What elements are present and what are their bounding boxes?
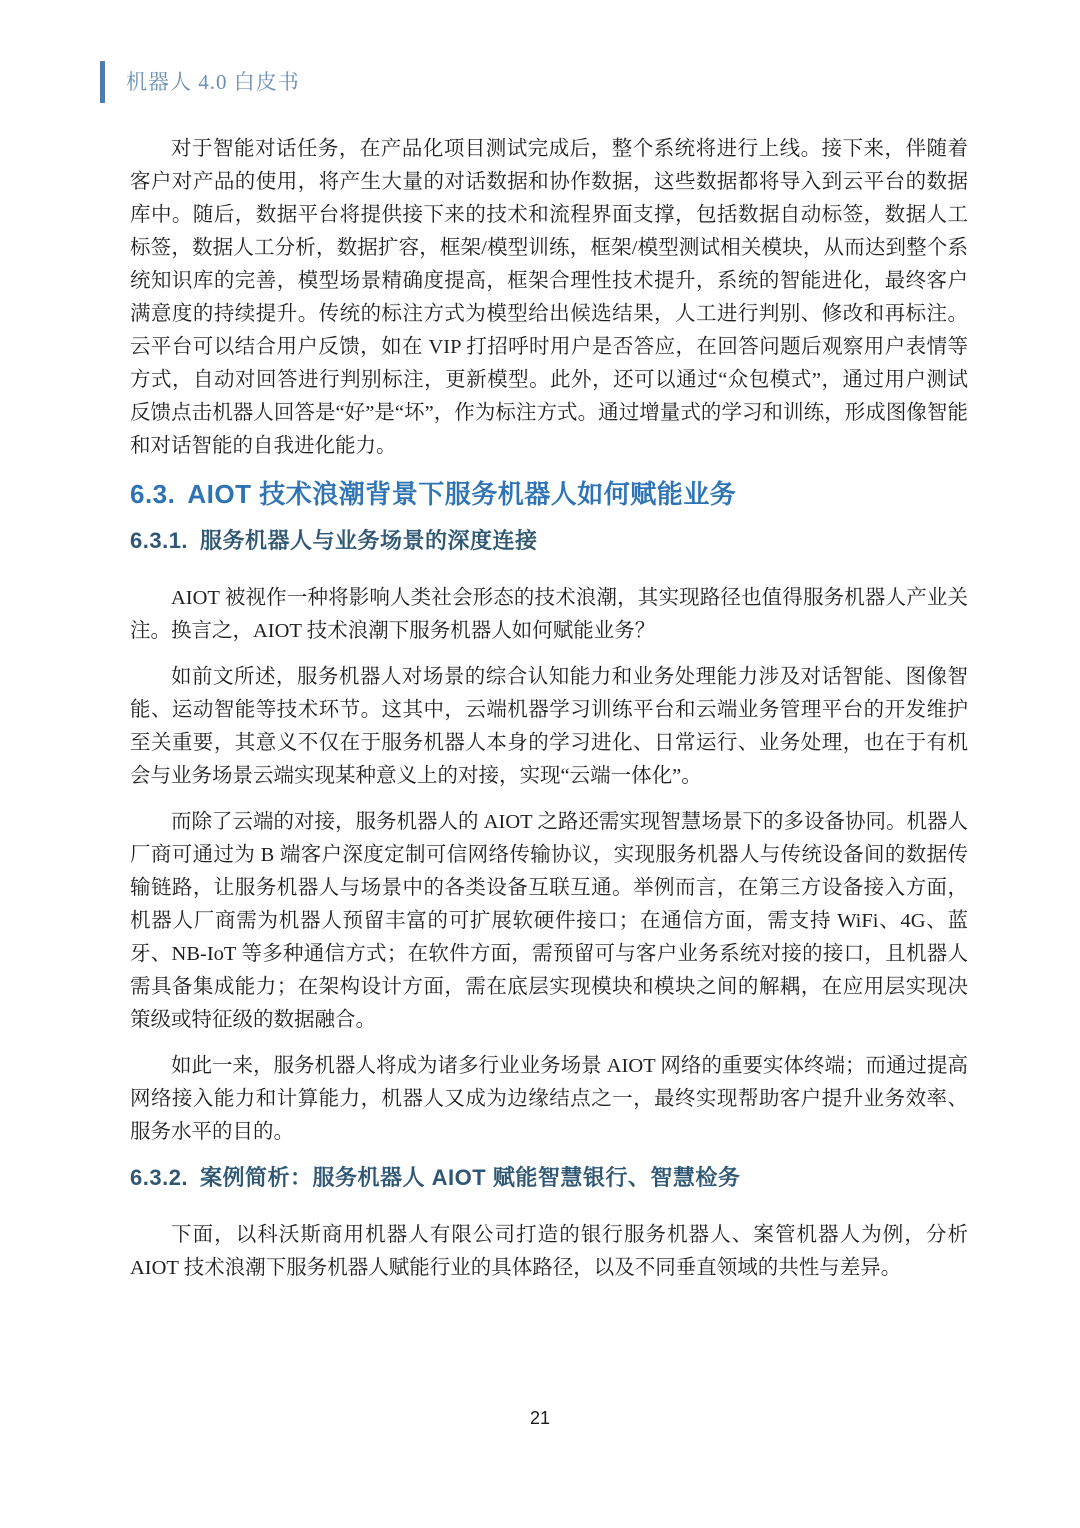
paragraph-cloud-platform: 如前文所述，服务机器人对场景的综合认知能力和业务处理能力涉及对话智能、图像智能、… bbox=[130, 661, 968, 793]
section-heading-6-3: 6.3.AIOT 技术浪潮背景下服务机器人如何赋能业务 bbox=[130, 476, 968, 512]
section-title: 案例简析：服务机器人 AIOT 赋能智慧银行、智慧检务 bbox=[200, 1165, 740, 1190]
section-heading-6-3-1: 6.3.1.服务机器人与业务场景的深度连接 bbox=[130, 526, 968, 556]
header-accent-bar bbox=[100, 61, 105, 103]
running-header: 机器人 4.0 白皮书 bbox=[100, 61, 300, 103]
paragraph-multi-device: 而除了云端的对接，服务机器人的 AIOT 之路还需实现智慧场景下的多设备协同。机… bbox=[130, 806, 968, 1037]
section-number: 6.3. bbox=[130, 479, 175, 509]
page-content: 对于智能对话任务，在产品化项目测试完成后，整个系统将进行上线。接下来，伴随着客户… bbox=[130, 133, 968, 1298]
section-heading-6-3-2: 6.3.2.案例简析：服务机器人 AIOT 赋能智慧银行、智慧检务 bbox=[130, 1163, 968, 1193]
paragraph-dialog-task: 对于智能对话任务，在产品化项目测试完成后，整个系统将进行上线。接下来，伴随着客户… bbox=[130, 133, 968, 463]
paragraph-aiot-intro: AIOT 被视作一种将影响人类社会形态的技术浪潮，其实现路径也值得服务机器人产业… bbox=[130, 582, 968, 648]
section-title: AIOT 技术浪潮背景下服务机器人如何赋能业务 bbox=[187, 479, 736, 509]
document-page: 机器人 4.0 白皮书 对于智能对话任务，在产品化项目测试完成后，整个系统将进行… bbox=[0, 0, 1080, 1528]
paragraph-case-study: 下面，以科沃斯商用机器人有限公司打造的银行服务机器人、案管机器人为例，分析 AI… bbox=[130, 1219, 968, 1285]
section-title: 服务机器人与业务场景的深度连接 bbox=[200, 528, 538, 553]
paragraph-edge-node: 如此一来，服务机器人将成为诸多行业业务场景 AIOT 网络的重要实体终端；而通过… bbox=[130, 1050, 968, 1149]
section-number: 6.3.1. bbox=[130, 528, 188, 553]
page-number: 21 bbox=[0, 1408, 1080, 1429]
document-title: 机器人 4.0 白皮书 bbox=[126, 61, 300, 103]
section-number: 6.3.2. bbox=[130, 1165, 188, 1190]
